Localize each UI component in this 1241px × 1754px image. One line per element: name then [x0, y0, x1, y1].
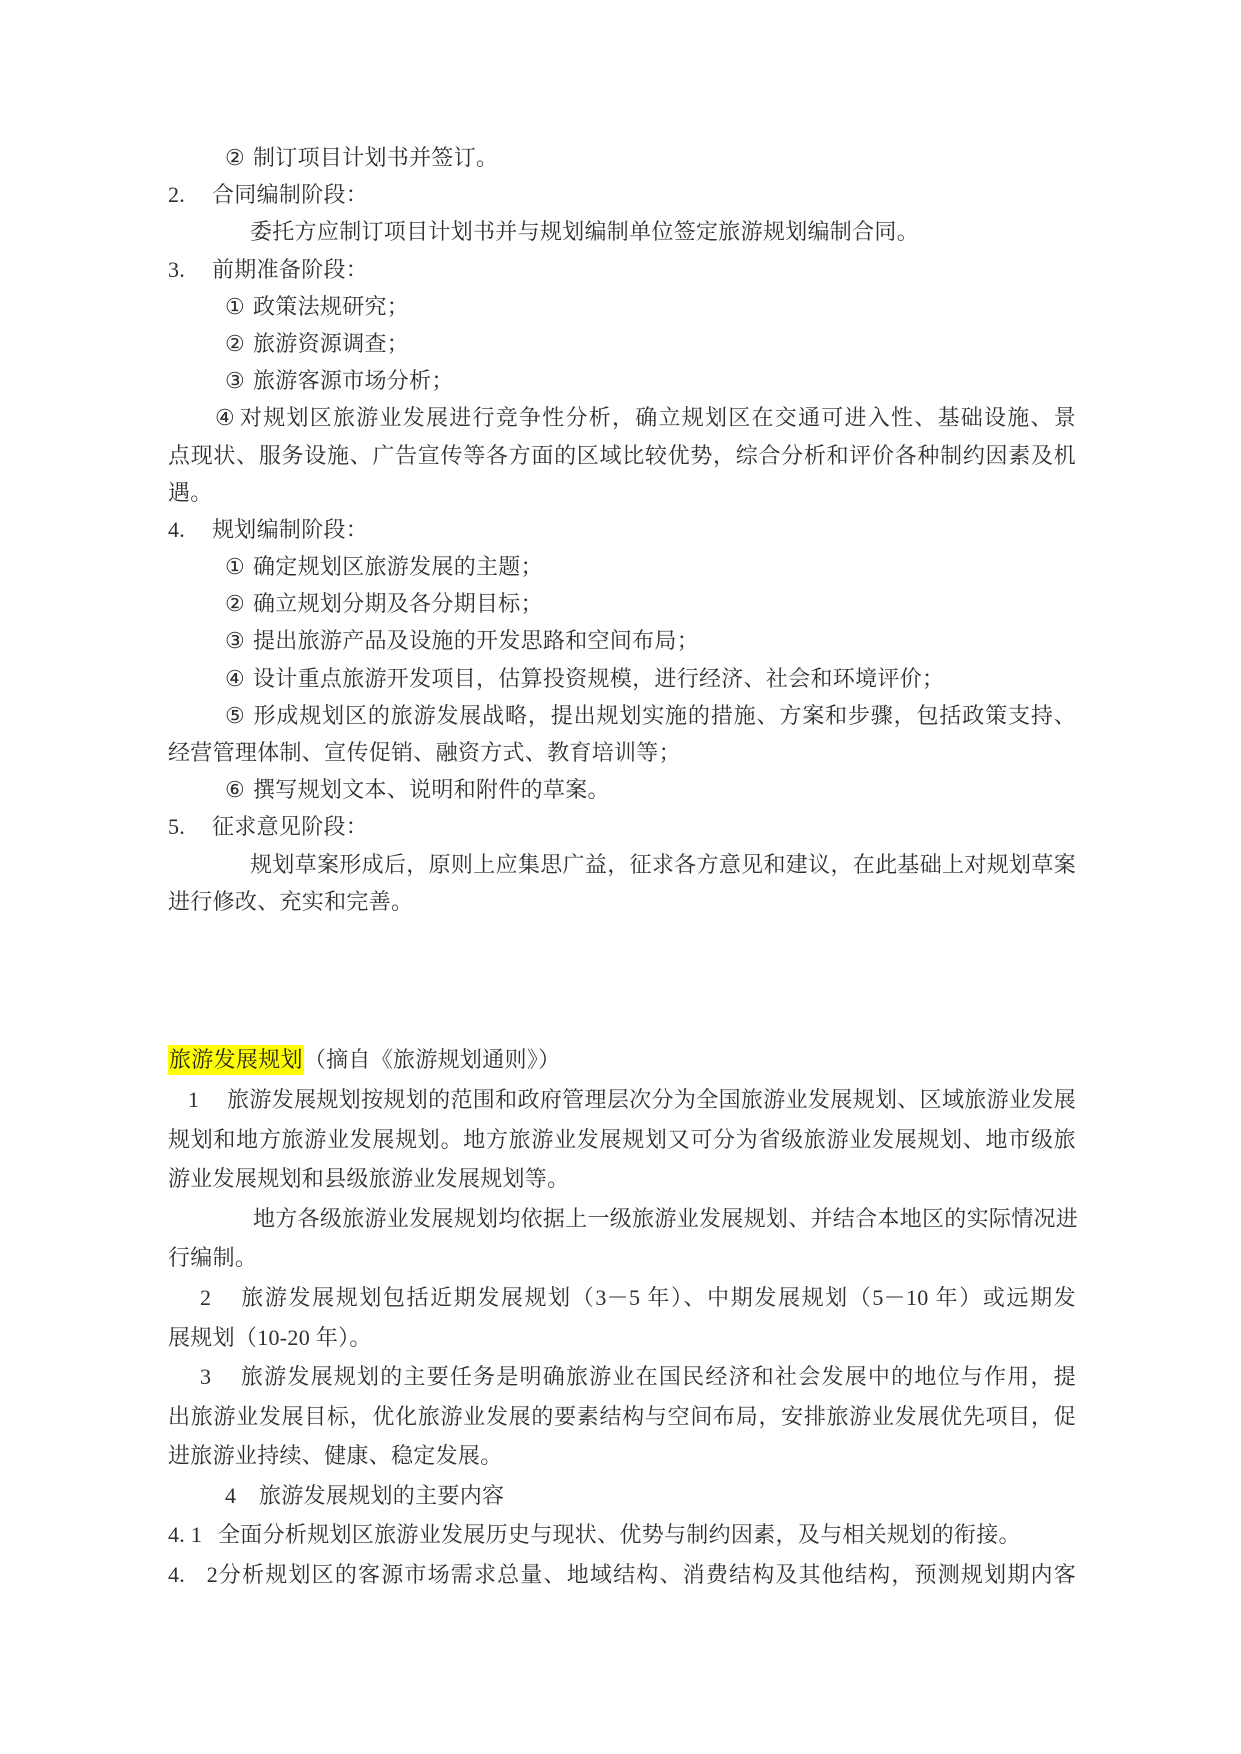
- doc-line: 经营管理体制、宣传促销、融资方式、教育培训等；: [168, 734, 1076, 771]
- line-text: 行编制。: [168, 1245, 257, 1270]
- line-text: 对规划区旅游业发展进行竞争性分析，确立规划区在交通可进入性、基础设施、景: [239, 405, 1076, 430]
- doc-line: 4.规划编制阶段：: [168, 511, 1076, 548]
- line-text: 全面分析规划区旅游业发展历史与现状、优势与制约因素，及与相关规划的衔接。: [218, 1522, 1021, 1547]
- doc-line: 3旅游发展规划的主要任务是明确旅游业在国民经济和社会发展中的地位与作用，提: [168, 1357, 1076, 1397]
- line-text: 旅游资源调查；: [253, 331, 409, 356]
- doc-line: 出旅游业发展目标，优化旅游业发展的要素结构与空间布局，安排旅游业发展优先项目，促: [168, 1397, 1076, 1437]
- doc-line: 进旅游业持续、健康、稳定发展。: [168, 1436, 1076, 1476]
- line-marker: 2: [200, 1278, 240, 1318]
- line-text: 规划和地方旅游业发展规划。地方旅游业发展规划又可分为省级旅游业发展规划、地市级旅: [168, 1127, 1076, 1152]
- doc-line: ②旅游资源调查；: [168, 325, 1076, 362]
- doc-line: 遇。: [168, 474, 1076, 511]
- line-marker: 4. 2: [168, 1555, 218, 1595]
- line-text: 旅游客源市场分析；: [253, 368, 454, 393]
- line-marker: ②: [225, 139, 253, 176]
- line-text: 分析规划区的客源市场需求总量、地域结构、消费结构及其他结构，预测规划期内客: [218, 1562, 1076, 1587]
- line-marker: ⑤: [225, 697, 253, 734]
- line-text: 旅游发展规划的主要内容: [259, 1483, 504, 1508]
- highlighted-term: 旅游发展规划: [168, 1045, 304, 1075]
- line-marker: ②: [225, 585, 253, 622]
- line-marker: ④: [215, 399, 239, 436]
- doc-line: ②确立规划分期及各分期目标；: [168, 585, 1076, 622]
- doc-line: 4. 2分析规划区的客源市场需求总量、地域结构、消费结构及其他结构，预测规划期内…: [168, 1555, 1076, 1595]
- line-text: 展规划（10-20 年）。: [168, 1325, 372, 1350]
- line-text: 前期准备阶段：: [212, 257, 368, 282]
- document-page: ②制订项目计划书并签订。2.合同编制阶段：委托方应制订项目计划书并与规划编制单位…: [0, 0, 1241, 1754]
- doc-line: 委托方应制订项目计划书并与规划编制单位签定旅游规划编制合同。: [168, 213, 1076, 250]
- doc-line: 游业发展规划和县级旅游业发展规划等。: [168, 1159, 1076, 1199]
- line-text: 旅游发展规划按规划的范围和政府管理层次分为全国旅游业发展规划、区域旅游业发展: [227, 1087, 1076, 1112]
- line-marker: ③: [225, 622, 253, 659]
- line-marker: ②: [225, 325, 253, 362]
- doc-line: ④设计重点旅游开发项目，估算投资规模，进行经济、社会和环境评价；: [168, 660, 1076, 697]
- line-marker: ④: [225, 660, 253, 697]
- doc-line: 1旅游发展规划按规划的范围和政府管理层次分为全国旅游业发展规划、区域旅游业发展: [168, 1080, 1076, 1120]
- doc-line: 2旅游发展规划包括近期发展规划（3－5 年）、中期发展规划（5－10 年）或远期…: [168, 1278, 1076, 1318]
- line-text: 地方各级旅游业发展规划均依据上一级旅游业发展规划、并结合本地区的实际情况进: [253, 1206, 1078, 1231]
- line-text: 游业发展规划和县级旅游业发展规划等。: [168, 1166, 569, 1191]
- doc-line: 点现状、服务设施、广告宣传等各方面的区域比较优势，综合分析和评价各种制约因素及机: [168, 437, 1076, 474]
- line-marker: ①: [225, 548, 253, 585]
- line-text: 进旅游业持续、健康、稳定发展。: [168, 1443, 503, 1468]
- doc-line: 3.前期准备阶段：: [168, 251, 1076, 288]
- line-text: 合同编制阶段：: [212, 182, 368, 207]
- line-marker: 4. 1: [168, 1515, 218, 1555]
- doc-line: ③提出旅游产品及设施的开发思路和空间布局；: [168, 622, 1076, 659]
- line-text: 撰写规划文本、说明和附件的草案。: [253, 777, 610, 802]
- line-text: 进行修改、充实和完善。: [168, 889, 413, 914]
- line-marker: ③: [225, 362, 253, 399]
- line-text: 出旅游业发展目标，优化旅游业发展的要素结构与空间布局，安排旅游业发展优先项目，促: [168, 1404, 1076, 1429]
- doc-line: 行编制。: [168, 1238, 1076, 1278]
- doc-line: 地方各级旅游业发展规划均依据上一级旅游业发展规划、并结合本地区的实际情况进: [168, 1199, 1076, 1239]
- section-gap: [168, 920, 1076, 1040]
- line-marker: 3.: [168, 251, 212, 288]
- line-marker: 5.: [168, 808, 212, 845]
- doc-line: ③旅游客源市场分析；: [168, 362, 1076, 399]
- line-text: 旅游发展规划包括近期发展规划（3－5 年）、中期发展规划（5－10 年）或远期发: [240, 1285, 1076, 1310]
- line-text: 委托方应制订项目计划书并与规划编制单位签定旅游规划编制合同。: [250, 219, 919, 244]
- doc-line: ④对规划区旅游业发展进行竞争性分析，确立规划区在交通可进入性、基础设施、景: [168, 399, 1076, 436]
- line-text: 确定规划区旅游发展的主题；: [253, 554, 543, 579]
- doc-line: 展规划（10-20 年）。: [168, 1318, 1076, 1358]
- doc-line: 5.征求意见阶段：: [168, 808, 1076, 845]
- line-text: 确立规划分期及各分期目标；: [253, 591, 543, 616]
- line-text: 遇。: [168, 480, 213, 505]
- line-marker: 3: [200, 1357, 240, 1397]
- line-text: 政策法规研究；: [253, 294, 409, 319]
- line-text: 经营管理体制、宣传促销、融资方式、教育培训等；: [168, 740, 681, 765]
- line-text: 设计重点旅游开发项目，估算投资规模，进行经济、社会和环境评价；: [253, 666, 944, 691]
- line-marker: 4: [225, 1476, 259, 1516]
- line-marker: 4.: [168, 511, 212, 548]
- document-content: ②制订项目计划书并签订。2.合同编制阶段：委托方应制订项目计划书并与规划编制单位…: [0, 0, 1241, 1754]
- line-text: 提出旅游产品及设施的开发思路和空间布局；: [253, 628, 699, 653]
- doc-line: 进行修改、充实和完善。: [168, 883, 1076, 920]
- section-heading: 旅游发展规划（摘自《旅游规划通则》）: [168, 1040, 1076, 1080]
- section-tourism-development-plan: 旅游发展规划（摘自《旅游规划通则》）1旅游发展规划按规划的范围和政府管理层次分为…: [168, 1040, 1076, 1595]
- doc-line: ⑤形成规划区的旅游发展战略，提出规划实施的措施、方案和步骤，包括政策支持、: [168, 697, 1076, 734]
- doc-line: ②制订项目计划书并签订。: [168, 139, 1076, 176]
- doc-line: 规划草案形成后，原则上应集思广益，征求各方意见和建议，在此基础上对规划草案: [168, 846, 1076, 883]
- line-marker: 2.: [168, 176, 212, 213]
- section-planning-procedure: ②制订项目计划书并签订。2.合同编制阶段：委托方应制订项目计划书并与规划编制单位…: [168, 139, 1076, 920]
- line-text: （摘自《旅游规划通则》）: [304, 1047, 561, 1072]
- line-marker: 1: [188, 1080, 227, 1120]
- doc-line: 4. 1全面分析规划区旅游业发展历史与现状、优势与制约因素，及与相关规划的衔接。: [168, 1515, 1076, 1555]
- doc-line: ①政策法规研究；: [168, 288, 1076, 325]
- doc-line: 4旅游发展规划的主要内容: [168, 1476, 1076, 1516]
- doc-line: ①确定规划区旅游发展的主题；: [168, 548, 1076, 585]
- line-text: 征求意见阶段：: [212, 814, 368, 839]
- line-marker: ⑥: [225, 771, 253, 808]
- line-text: 制订项目计划书并签订。: [253, 145, 498, 170]
- line-marker: ①: [225, 288, 253, 325]
- doc-line: 规划和地方旅游业发展规划。地方旅游业发展规划又可分为省级旅游业发展规划、地市级旅: [168, 1120, 1076, 1160]
- line-text: 旅游发展规划的主要任务是明确旅游业在国民经济和社会发展中的地位与作用，提: [240, 1364, 1076, 1389]
- line-text: 规划草案形成后，原则上应集思广益，征求各方意见和建议，在此基础上对规划草案: [250, 852, 1076, 877]
- line-text: 形成规划区的旅游发展战略，提出规划实施的措施、方案和步骤，包括政策支持、: [253, 703, 1076, 728]
- doc-line: 2.合同编制阶段：: [168, 176, 1076, 213]
- line-text: 点现状、服务设施、广告宣传等各方面的区域比较优势，综合分析和评价各种制约因素及机: [168, 443, 1076, 468]
- doc-line: ⑥撰写规划文本、说明和附件的草案。: [168, 771, 1076, 808]
- line-text: 规划编制阶段：: [212, 517, 368, 542]
